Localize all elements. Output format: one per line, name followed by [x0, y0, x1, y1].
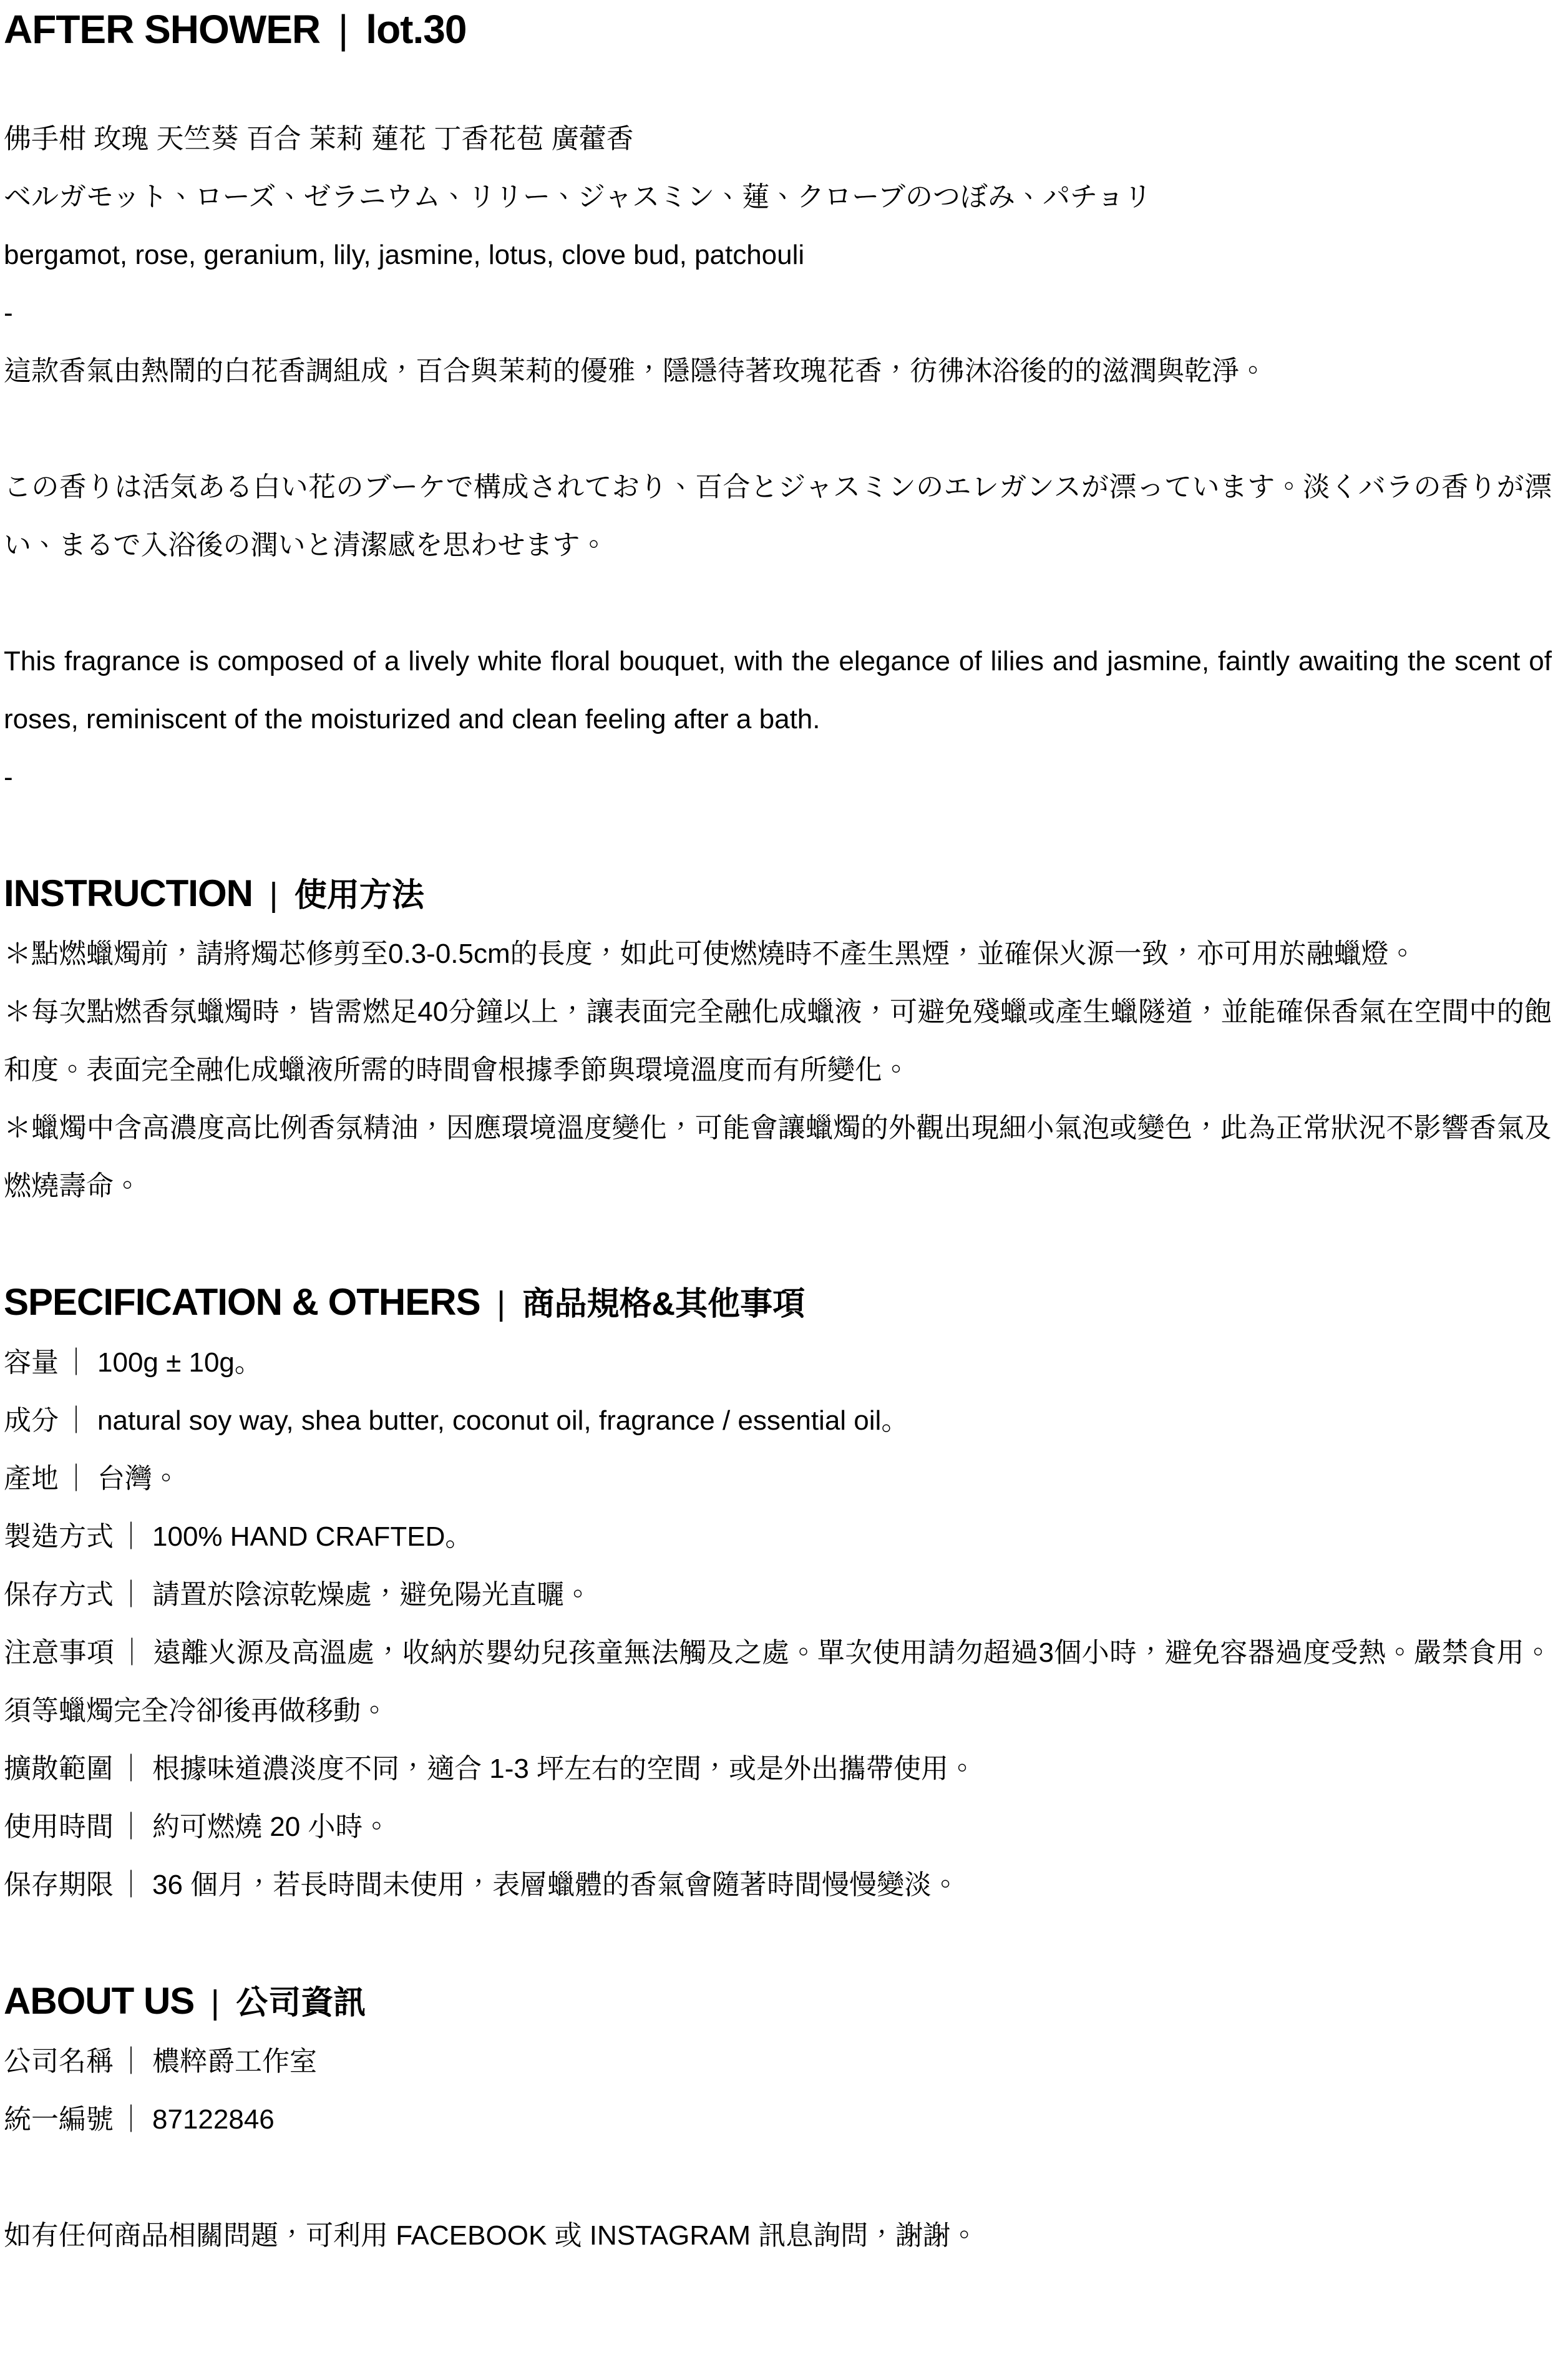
spec-row-burn-time: 使用時間｜約可燃燒 20 小時。	[4, 1798, 1552, 1856]
about-row-company-name: 公司名稱｜檂粹爵工作室	[4, 2032, 1552, 2090]
spec-value: 約可燃燒 20 小時。	[152, 1812, 390, 1842]
label-value-divider: ｜	[117, 2046, 145, 2077]
specification-section: SPECIFICATION & OTHERS | 商品規格&其他事項 容量｜10…	[4, 1273, 1552, 1914]
fragrance-description-zh: 這款香氣由熱鬧的白花香調組成，百合與茉莉的優雅，隱隱待著玫瑰花香，彷彿沐浴後的的…	[4, 342, 1552, 400]
spec-label: 製造方式	[4, 1521, 114, 1552]
spec-value: 100g ± 10g。	[97, 1347, 262, 1378]
spec-value: 36 個月，若長時間未使用，表層蠟體的香氣會隨著時間慢慢變淡。	[152, 1870, 959, 1900]
spec-value: 100% HAND CRAFTED。	[152, 1521, 472, 1552]
about-heading: ABOUT US | 公司資訊	[4, 1972, 1552, 2032]
separator-dash: -	[4, 748, 1552, 806]
fragrance-description-en: This fragrance is composed of a lively w…	[4, 632, 1552, 748]
label-value-divider: ｜	[117, 1579, 145, 1610]
spec-row-production: 製造方式｜100% HAND CRAFTED。	[4, 1508, 1552, 1566]
page-title: AFTER SHOWER | lot.30	[4, 4, 1552, 55]
label-value-divider: ｜	[62, 1463, 90, 1494]
about-heading-zh: 公司資訊	[236, 1985, 366, 2021]
label-value-divider: ｜	[117, 2104, 145, 2135]
label-value-divider: ｜	[62, 1405, 90, 1436]
label-value-divider: ｜	[117, 1753, 145, 1784]
fragrance-notes-en: bergamot, rose, geranium, lily, jasmine,…	[4, 226, 1552, 284]
label-value-divider: ｜	[117, 1870, 145, 1900]
about-row-tax-id: 統一編號｜87122846	[4, 2090, 1552, 2148]
instruction-item: ＊每次點燃香氛蠟燭時，皆需燃足40分鐘以上，讓表面完全融化成蠟液，可避免殘蠟或產…	[4, 983, 1552, 1099]
label-value-divider: ｜	[118, 1637, 145, 1668]
spec-row-caution: 注意事項｜遠離火源及高溫處，收納於嬰幼兒孩童無法觸及之處。單次使用請勿超過3個小…	[4, 1624, 1552, 1740]
spec-value: 根據味道濃淡度不同，適合 1-3 坪左右的空間，或是外出攜帶使用。	[152, 1753, 976, 1784]
instruction-heading-en: INSTRUCTION	[4, 872, 253, 914]
product-info-document: AFTER SHOWER | lot.30 佛手柑 玫瑰 天竺葵 百合 茉莉 蓮…	[0, 0, 1558, 2380]
fragrance-description-ja: この香りは活気ある白い花のブーケで構成されており、百合とジャスミンのエレガンスが…	[4, 458, 1552, 574]
spec-value: 請置於陰涼乾燥處，避免陽光直曬。	[152, 1579, 592, 1610]
about-heading-en: ABOUT US	[4, 1980, 194, 2022]
label-value-divider: ｜	[117, 1521, 145, 1552]
spec-value: natural soy way, shea butter, coconut oi…	[97, 1405, 908, 1436]
spec-label: 擴散範圍	[4, 1753, 114, 1784]
spec-label: 保存方式	[4, 1579, 114, 1610]
instruction-heading-zh: 使用方法	[295, 877, 424, 914]
spec-label: 保存期限	[4, 1870, 114, 1900]
spec-row-origin: 產地｜台灣。	[4, 1450, 1552, 1508]
spec-label: 容量	[4, 1347, 59, 1378]
instruction-item: ＊蠟燭中含高濃度高比例香氛精油，因應環境溫度變化，可能會讓蠟燭的外觀出現細小氣泡…	[4, 1099, 1552, 1215]
instruction-item: ＊點燃蠟燭前，請將燭芯修剪至0.3-0.5cm的長度，如此可使燃燒時不產生黑煙，…	[4, 925, 1552, 983]
spec-label: 注意事項	[4, 1637, 114, 1668]
specification-heading: SPECIFICATION & OTHERS | 商品規格&其他事項	[4, 1273, 1552, 1334]
spec-row-storage: 保存方式｜請置於陰涼乾燥處，避免陽光直曬。	[4, 1566, 1552, 1624]
spec-row-ingredients: 成分｜natural soy way, shea butter, coconut…	[4, 1392, 1552, 1450]
label-value-divider: ｜	[117, 1812, 145, 1842]
about-heading-divider: |	[211, 1984, 220, 2021]
about-section: ABOUT US | 公司資訊 公司名稱｜檂粹爵工作室 統一編號｜8712284…	[4, 1972, 1552, 2265]
specification-heading-zh: 商品規格&其他事項	[522, 1286, 806, 1322]
page-title-divider: |	[338, 7, 348, 52]
about-label: 統一編號	[4, 2104, 114, 2135]
spec-label: 使用時間	[4, 1812, 114, 1842]
contact-note: 如有任何商品相關問題，可利用 FACEBOOK 或 INSTAGRAM 訊息詢問…	[4, 2207, 1552, 2265]
instruction-heading-divider: |	[269, 876, 278, 914]
instruction-heading: INSTRUCTION | 使用方法	[4, 864, 1552, 925]
spec-label: 成分	[4, 1405, 59, 1436]
page-title-lot: lot.30	[366, 7, 466, 52]
spec-value: 台灣。	[97, 1463, 180, 1494]
separator-dash: -	[4, 284, 1552, 342]
about-value: 檂粹爵工作室	[152, 2046, 317, 2077]
instruction-section: INSTRUCTION | 使用方法 ＊點燃蠟燭前，請將燭芯修剪至0.3-0.5…	[4, 864, 1552, 1215]
spec-value: 遠離火源及高溫處，收納於嬰幼兒孩童無法觸及之處。單次使用請勿超過3個小時，避免容…	[4, 1637, 1552, 1726]
page-title-name: AFTER SHOWER	[4, 7, 320, 52]
specification-heading-divider: |	[497, 1285, 505, 1322]
label-value-divider: ｜	[62, 1347, 90, 1378]
spec-row-capacity: 容量｜100g ± 10g。	[4, 1334, 1552, 1392]
spec-row-shelf-life: 保存期限｜36 個月，若長時間未使用，表層蠟體的香氣會隨著時間慢慢變淡。	[4, 1856, 1552, 1914]
spec-label: 產地	[4, 1463, 59, 1494]
about-label: 公司名稱	[4, 2046, 114, 2077]
fragrance-section: 佛手柑 玫瑰 天竺葵 百合 茉莉 蓮花 丁香花苞 廣藿香 ベルガモット、ローズ、…	[4, 110, 1552, 806]
spec-row-diffusion-range: 擴散範圍｜根據味道濃淡度不同，適合 1-3 坪左右的空間，或是外出攜帶使用。	[4, 1740, 1552, 1798]
about-value: 87122846	[152, 2104, 275, 2135]
fragrance-notes-zh: 佛手柑 玫瑰 天竺葵 百合 茉莉 蓮花 丁香花苞 廣藿香	[4, 110, 1552, 168]
fragrance-notes-ja: ベルガモット、ローズ、ゼラニウム、リリー、ジャスミン、蓮、クローブのつぼみ、パチ…	[4, 168, 1552, 226]
specification-heading-en: SPECIFICATION & OTHERS	[4, 1281, 480, 1323]
